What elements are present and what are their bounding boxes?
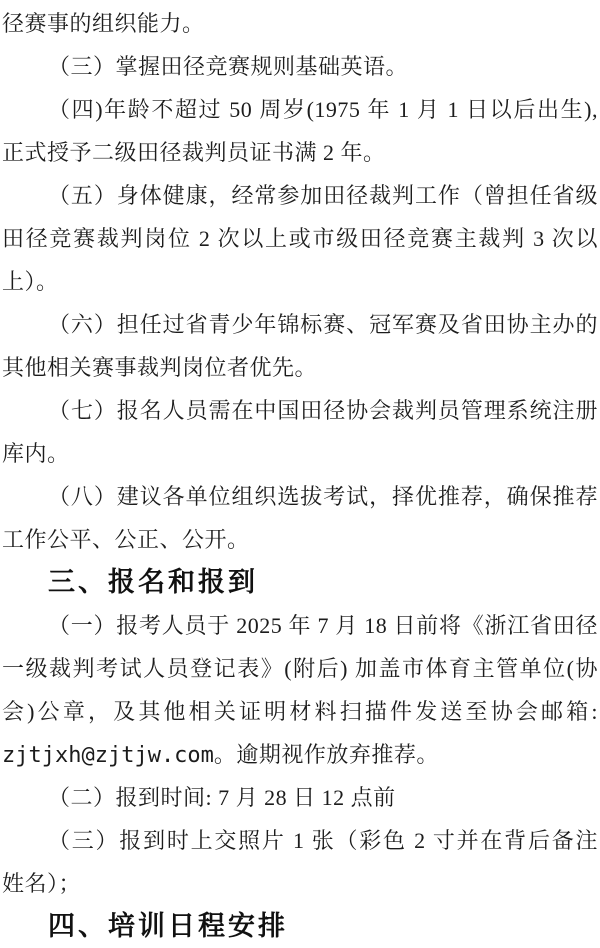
text-line: zjtjxh@zjtjw.com。逾期视作放弃推荐。 (2, 733, 598, 776)
text-line: （八）建议各单位组织选拔考试，择优推荐，确保推荐 (2, 475, 598, 518)
text-line: （三）报到时上交照片 1 张（彩色 2 寸并在背后备注 (2, 819, 598, 862)
text-line: 工作公平、公正、公开。 (2, 518, 598, 561)
text-line: 姓名）； (2, 862, 598, 905)
text-line: （二）报到时间: 7 月 28 日 12 点前 (2, 776, 598, 819)
text-line: （一）报考人员于 2025 年 7 月 18 日前将《浙江省田径 (2, 604, 598, 647)
email-address: zjtjxh@zjtjw.com (2, 743, 214, 768)
text-line: 径赛事的组织能力。 (2, 2, 598, 45)
document-page: 径赛事的组织能力。 （三）掌握田径竞赛规则基础英语。 （四)年龄不超过 50 周… (0, 0, 600, 948)
section-heading-3: 三、报名和报到 (2, 561, 598, 604)
text-line: 正式授予二级田径裁判员证书满 2 年。 (2, 131, 598, 174)
text-line: （三）掌握田径竞赛规则基础英语。 (2, 45, 598, 88)
text-line: 田径竞赛裁判岗位 2 次以上或市级田径竞赛主裁判 3 次以 (2, 217, 598, 260)
text-line: （七）报名人员需在中国田径协会裁判员管理系统注册 (2, 389, 598, 432)
text-line: （五）身体健康，经常参加田径裁判工作（曾担任省级 (2, 174, 598, 217)
text-line: 一级裁判考试人员登记表》(附后) 加盖市体育主管单位(协 (2, 647, 598, 690)
text-line: 会)公章，及其他相关证明材料扫描件发送至协会邮箱: (2, 690, 598, 733)
text-line-tail: 。逾期视作放弃推荐。 (214, 742, 439, 767)
section-heading-4: 四、培训日程安排 (2, 905, 598, 948)
text-line: （四)年龄不超过 50 周岁(1975 年 1 月 1 日以后出生), (2, 88, 598, 131)
text-line: 其他相关赛事裁判岗位者优先。 (2, 346, 598, 389)
text-line: （六）担任过省青少年锦标赛、冠军赛及省田协主办的 (2, 303, 598, 346)
text-line: 上）。 (2, 260, 598, 303)
text-line: 库内。 (2, 432, 598, 475)
